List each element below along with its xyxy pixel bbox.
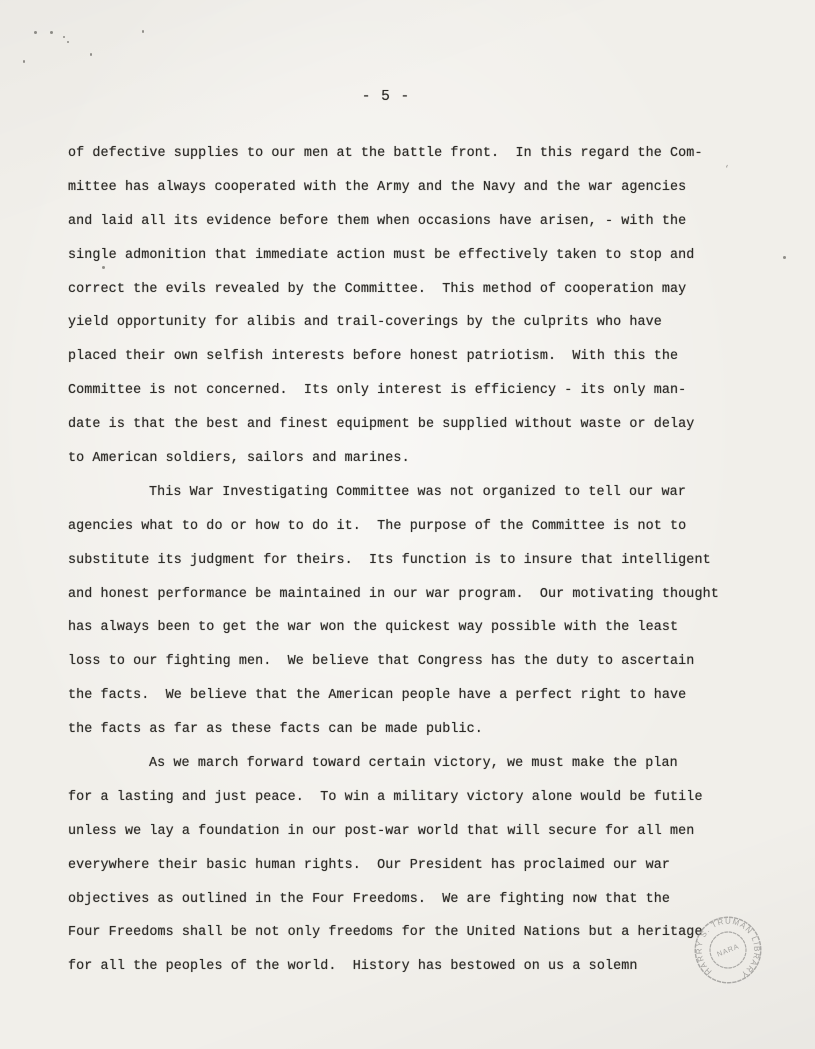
document-page: - 5 - of defective supplies to our men a…	[0, 0, 815, 1049]
paper-speck	[34, 31, 37, 34]
text-line: loss to our fighting men. We believe tha…	[68, 645, 758, 679]
text-line: everywhere their basic human rights. Our…	[68, 849, 758, 883]
paper-speck	[63, 36, 65, 38]
text-line: single admonition that immediate action …	[68, 239, 758, 273]
paper-speck	[142, 30, 144, 33]
paper-speck	[23, 60, 25, 63]
paper-speck	[67, 41, 69, 43]
text-line: objectives as outlined in the Four Freed…	[68, 883, 758, 917]
text-line: substitute its judgment for theirs. Its …	[68, 544, 758, 578]
text-line: date is that the best and finest equipme…	[68, 408, 758, 442]
text-line: As we march forward toward certain victo…	[68, 747, 758, 781]
text-line: agencies what to do or how to do it. The…	[68, 510, 758, 544]
text-line: of defective supplies to our men at the …	[68, 137, 758, 171]
paper-speck	[50, 31, 53, 34]
stamp-center-text: NARA	[715, 941, 740, 958]
stamp-graphic: HARRY S. TRUMAN LIBRARY NARA	[692, 914, 764, 986]
text-line: Committee is not concerned. Its only int…	[68, 374, 758, 408]
text-line: yield opportunity for alibis and trail-c…	[68, 306, 758, 340]
truman-library-stamp: HARRY S. TRUMAN LIBRARY NARA	[692, 914, 764, 986]
text-line: for a lasting and just peace. To win a m…	[68, 781, 758, 815]
text-line: and laid all its evidence before them wh…	[68, 205, 758, 239]
text-line: to American soldiers, sailors and marine…	[68, 442, 758, 476]
paper-smudge: ʻ	[725, 163, 729, 176]
text-line: and honest performance be maintained in …	[68, 578, 758, 612]
text-line: placed their own selfish interests befor…	[68, 340, 758, 374]
paper-speck	[783, 256, 786, 259]
paper-speck	[102, 266, 105, 269]
text-line: unless we lay a foundation in our post-w…	[68, 815, 758, 849]
text-line: the facts. We believe that the American …	[68, 679, 758, 713]
text-line: mittee has always cooperated with the Ar…	[68, 171, 758, 205]
text-line: correct the evils revealed by the Commit…	[68, 273, 758, 307]
text-line: Four Freedoms shall be not only freedoms…	[68, 916, 758, 950]
page-number: - 5 -	[0, 89, 772, 105]
text-line: has always been to get the war won the q…	[68, 611, 758, 645]
text-line: This War Investigating Committee was not…	[68, 476, 758, 510]
text-line: for all the peoples of the world. Histor…	[68, 950, 758, 984]
paper-speck	[90, 53, 92, 56]
text-line: the facts as far as these facts can be m…	[68, 713, 758, 747]
document-lines: of defective supplies to our men at the …	[68, 137, 758, 984]
